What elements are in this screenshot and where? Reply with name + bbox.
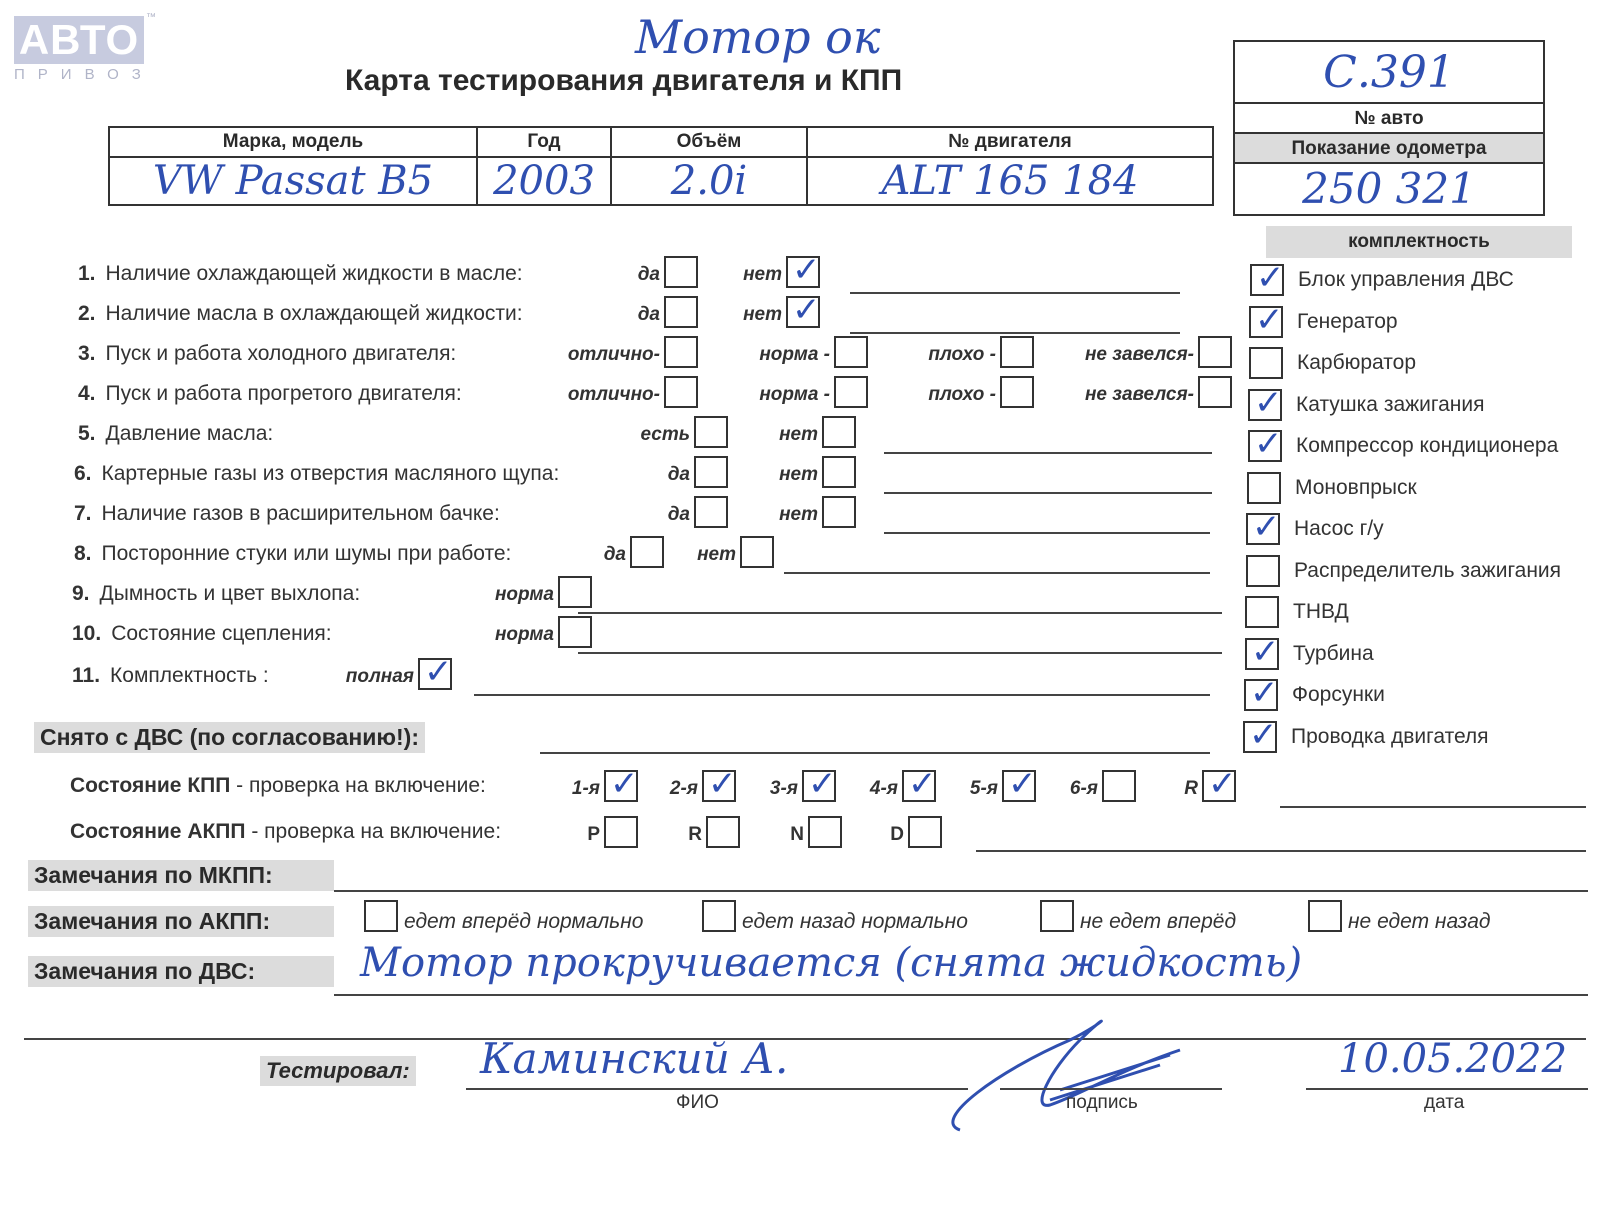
option-label: да	[668, 504, 690, 526]
kit-item-label: Проводка двигателя	[1291, 725, 1489, 749]
row-notes-field[interactable]	[884, 492, 1212, 494]
check-mark-icon: ✓	[1252, 507, 1281, 547]
option-label: нет	[779, 504, 818, 526]
page-title: Карта тестирования двигателя и КПП	[345, 64, 902, 98]
kit-item-label: Моновпрыск	[1295, 476, 1417, 500]
option-label: норма -	[759, 344, 830, 366]
gear-checkbox[interactable]: ✓	[902, 770, 936, 802]
option-label: нет	[697, 544, 736, 566]
option-label: не завелся-	[1085, 384, 1194, 406]
row-text: Посторонние стуки или шумы при работе:	[102, 542, 512, 565]
removed-label: Снято с ДВС (по согласованию!):	[34, 722, 425, 753]
col-make-model: Марка, модель	[109, 127, 477, 157]
row-number: 10.	[72, 622, 101, 645]
check-mark-icon: ✓	[1254, 383, 1283, 423]
akpp-remark-label: едет назад нормально	[742, 910, 968, 934]
akpp-mode-checkbox[interactable]	[808, 816, 842, 848]
tested-by-label: Тестировал:	[260, 1056, 416, 1086]
option-label: да	[604, 544, 626, 566]
option-checkbox[interactable]	[630, 536, 664, 568]
check-row-label: 6.Картерные газы из отверстия масляного …	[74, 462, 559, 486]
car-plate-label: № авто	[1235, 104, 1543, 134]
option-label: плохо -	[928, 344, 996, 366]
akpp-remark-checkbox[interactable]	[702, 900, 736, 932]
option-checkbox[interactable]: ✓	[786, 296, 820, 328]
check-mark-icon: ✓	[1208, 764, 1237, 804]
signature-line	[1000, 1088, 1222, 1090]
row-number: 8.	[74, 542, 92, 565]
kit-item-label: Катушка зажигания	[1296, 393, 1484, 417]
akpp-mode-checkbox[interactable]	[706, 816, 740, 848]
check-row-label: 5.Давление масла:	[78, 422, 273, 446]
option-checkbox[interactable]	[664, 296, 698, 328]
option-checkbox[interactable]	[834, 336, 868, 368]
check-mark-icon: ✓	[908, 764, 937, 804]
kit-item-label: ТНВД	[1293, 600, 1349, 624]
option-checkbox[interactable]	[822, 416, 856, 448]
gear-label: 2-я	[670, 778, 698, 800]
kit-checkbox[interactable]	[1249, 347, 1283, 379]
kit-checkbox[interactable]: ✓	[1248, 389, 1282, 421]
remarks-dvs-label: Замечания по ДВС:	[28, 956, 334, 987]
option-checkbox[interactable]	[664, 336, 698, 368]
engine-number-field[interactable]: ALT 165 184	[807, 157, 1213, 205]
option-label: норма	[495, 584, 554, 606]
check-mark-icon: ✓	[610, 764, 639, 804]
akpp-remark-checkbox[interactable]	[364, 900, 398, 932]
check-mark-icon: ✓	[1008, 764, 1037, 804]
gear-label: 1-я	[572, 778, 600, 800]
kit-checkbox[interactable]	[1246, 555, 1280, 587]
row-notes-field[interactable]	[474, 694, 1210, 696]
akpp-remark-checkbox[interactable]	[1040, 900, 1074, 932]
col-year: Год	[477, 127, 611, 157]
option-label: норма -	[759, 384, 830, 406]
date-line	[1306, 1088, 1588, 1090]
signature-caption: подпись	[1066, 1092, 1138, 1114]
gear-checkbox[interactable]: ✓	[1002, 770, 1036, 802]
check-row-label: 1.Наличие охлаждающей жидкости в масле:	[78, 262, 523, 286]
option-checkbox[interactable]: ✓	[418, 658, 452, 690]
check-row-label: 11.Комплектность :	[72, 664, 269, 688]
check-row-label: 9.Дымность и цвет выхлопа:	[72, 582, 360, 606]
row-text: Наличие газов в расширительном бачке:	[102, 502, 500, 525]
option-label: есть	[640, 424, 690, 446]
kit-checkbox[interactable]: ✓	[1244, 679, 1278, 711]
tester-name[interactable]: Каминский А.	[480, 1034, 788, 1083]
option-checkbox[interactable]	[694, 416, 728, 448]
kit-item-label: Турбина	[1293, 642, 1374, 666]
row-number: 1.	[78, 262, 96, 285]
option-checkbox[interactable]	[822, 496, 856, 528]
option-label: не завелся-	[1085, 344, 1194, 366]
gear-label: 6-я	[1070, 778, 1098, 800]
kpp-label-bold: Состояние КПП	[70, 774, 230, 797]
kit-item-label: Карбюратор	[1297, 351, 1416, 375]
kit-checkbox[interactable]: ✓	[1243, 721, 1277, 753]
kit-item-label: Распределитель зажигания	[1294, 559, 1561, 583]
row-text: Состояние сцепления:	[111, 622, 331, 645]
gear-label: 5-я	[970, 778, 998, 800]
option-label: отлично-	[568, 384, 660, 406]
akpp-remark-checkbox[interactable]	[1308, 900, 1342, 932]
akpp-mode-checkbox[interactable]	[604, 816, 638, 848]
odometer-field[interactable]: 250 321	[1235, 164, 1543, 214]
row-text: Наличие масла в охлаждающей жидкости:	[106, 302, 523, 325]
kit-item-label: Компрессор кондиционера	[1296, 434, 1558, 458]
check-mark-icon: ✓	[1255, 300, 1284, 340]
remarks-akpp-label: Замечания по АКПП:	[28, 906, 334, 937]
option-label: полная	[346, 666, 414, 688]
akpp-remark-label: не едет назад	[1348, 910, 1490, 934]
row-text: Комплектность :	[110, 664, 269, 687]
kpp-label: Состояние КПП - проверка на включение:	[70, 774, 486, 798]
title-handwritten-note: Мотор ок	[635, 10, 880, 64]
check-row-label: 8.Посторонние стуки или шумы при работе:	[74, 542, 511, 566]
kit-checkbox[interactable]: ✓	[1246, 513, 1280, 545]
row-number: 6.	[74, 462, 92, 485]
col-volume: Объём	[611, 127, 807, 157]
kit-title: комплектность	[1266, 226, 1572, 258]
akpp-mode-checkbox[interactable]	[908, 816, 942, 848]
row-number: 5.	[78, 422, 96, 445]
kpp-notes-field[interactable]	[1280, 806, 1586, 808]
row-number: 2.	[78, 302, 96, 325]
name-caption: ФИО	[676, 1092, 719, 1114]
signature[interactable]	[940, 1010, 1230, 1140]
option-label: нет	[779, 464, 818, 486]
check-mark-icon: ✓	[792, 250, 821, 290]
remarks-mkpp-field[interactable]	[334, 890, 1588, 892]
row-text: Дымность и цвет выхлопа:	[100, 582, 361, 605]
option-checkbox[interactable]: ✓	[786, 256, 820, 288]
row-text: Наличие охлаждающей жидкости в масле:	[106, 262, 523, 285]
check-mark-icon: ✓	[1250, 673, 1279, 713]
row-notes-field[interactable]	[884, 532, 1210, 534]
row-notes-field[interactable]	[850, 332, 1180, 334]
kit-checkbox[interactable]	[1245, 596, 1279, 628]
akpp-mode-label: D	[890, 824, 904, 846]
row-number: 3.	[78, 342, 96, 365]
option-checkbox[interactable]	[1198, 336, 1232, 368]
row-text: Давление масла:	[106, 422, 274, 445]
kit-checkbox[interactable]	[1247, 472, 1281, 504]
year-field[interactable]: 2003	[477, 157, 611, 205]
option-label: да	[638, 304, 660, 326]
row-text: Пуск и работа прогретого двигателя:	[106, 382, 462, 405]
akpp-notes-field[interactable]	[976, 850, 1586, 852]
row-text: Картерные газы из отверстия масляного щу…	[102, 462, 560, 485]
option-checkbox[interactable]	[1198, 376, 1232, 408]
gear-checkbox[interactable]: ✓	[1202, 770, 1236, 802]
tester-name-line	[466, 1088, 968, 1090]
check-mark-icon: ✓	[792, 290, 821, 330]
logo-subtitle: ПРИВОЗ	[14, 66, 154, 83]
kit-checkbox[interactable]: ✓	[1248, 430, 1282, 462]
akpp-mode-label: P	[587, 824, 600, 846]
row-notes-field[interactable]	[850, 292, 1180, 294]
check-mark-icon: ✓	[1256, 258, 1285, 298]
option-checkbox[interactable]	[1000, 376, 1034, 408]
odometer-label: Показание одометра	[1235, 134, 1543, 164]
check-mark-icon: ✓	[1251, 632, 1280, 672]
kit-item-label: Генератор	[1297, 310, 1398, 334]
option-checkbox[interactable]	[834, 376, 868, 408]
option-label: норма	[495, 624, 554, 646]
kit-item-label: Блок управления ДВС	[1298, 268, 1514, 292]
check-mark-icon: ✓	[808, 764, 837, 804]
akpp-remark-label: едет вперёд нормально	[404, 910, 643, 934]
removed-field[interactable]	[540, 752, 1210, 754]
akpp-mode-label: N	[790, 824, 804, 846]
logo-trademark: ™	[146, 12, 156, 23]
gear-label: 3-я	[770, 778, 798, 800]
option-label: да	[668, 464, 690, 486]
row-notes-field[interactable]	[784, 572, 1210, 574]
option-checkbox[interactable]	[694, 456, 728, 488]
akpp-label: Состояние АКПП - проверка на включение:	[70, 820, 501, 844]
akpp-label-rest: - проверка на включение:	[246, 820, 502, 843]
row-notes-field[interactable]	[578, 612, 1222, 614]
akpp-label-bold: Состояние АКПП	[70, 820, 246, 843]
gear-checkbox[interactable]: ✓	[702, 770, 736, 802]
check-mark-icon: ✓	[708, 764, 737, 804]
option-checkbox[interactable]	[1000, 336, 1034, 368]
row-notes-field[interactable]	[884, 452, 1212, 454]
option-checkbox[interactable]	[822, 456, 856, 488]
row-text: Пуск и работа холодного двигателя:	[106, 342, 457, 365]
col-engine-number: № двигателя	[807, 127, 1213, 157]
option-label: нет	[743, 304, 782, 326]
option-checkbox[interactable]	[558, 576, 592, 608]
car-plate-field[interactable]: С.391	[1235, 42, 1543, 104]
kit-checkbox[interactable]: ✓	[1249, 306, 1283, 338]
row-number: 7.	[74, 502, 92, 525]
gear-label: 4-я	[870, 778, 898, 800]
option-label: нет	[743, 264, 782, 286]
row-number: 11.	[72, 664, 100, 687]
gear-label: R	[1184, 778, 1198, 800]
check-mark-icon: ✓	[1254, 424, 1283, 464]
kit-checkbox[interactable]: ✓	[1245, 638, 1279, 670]
check-row-label: 3.Пуск и работа холодного двигателя:	[78, 342, 456, 366]
row-notes-field[interactable]	[578, 652, 1222, 654]
check-row-label: 2.Наличие масла в охлаждающей жидкости:	[78, 302, 523, 326]
kit-checkbox[interactable]: ✓	[1250, 264, 1284, 296]
plate-odometer-box: С.391 № авто Показание одометра 250 321	[1233, 40, 1545, 216]
gear-checkbox[interactable]	[1102, 770, 1136, 802]
akpp-remark-label: не едет вперёд	[1080, 910, 1236, 934]
check-row-label: 7.Наличие газов в расширительном бачке:	[74, 502, 500, 526]
make-model-field[interactable]: VW Passat B5	[109, 157, 477, 205]
check-row-label: 10.Состояние сцепления:	[72, 622, 332, 646]
gear-checkbox[interactable]: ✓	[604, 770, 638, 802]
test-date[interactable]: 10.05.2022	[1338, 1036, 1567, 1082]
option-label: нет	[779, 424, 818, 446]
row-number: 9.	[72, 582, 90, 605]
akpp-mode-label: R	[688, 824, 702, 846]
row-number: 4.	[78, 382, 96, 405]
gear-checkbox[interactable]: ✓	[802, 770, 836, 802]
remarks-mkpp-label: Замечания по МКПП:	[28, 860, 334, 891]
option-label: да	[638, 264, 660, 286]
remarks-dvs-value[interactable]: Мотор прокручивается (снята жидкость)	[360, 940, 1302, 986]
volume-field[interactable]: 2.0i	[611, 157, 807, 205]
kpp-label-rest: - проверка на включение:	[230, 774, 486, 797]
vehicle-info-table: Марка, модель Год Объём № двигателя VW P…	[108, 126, 1214, 206]
option-label: отлично-	[568, 344, 660, 366]
check-mark-icon: ✓	[1249, 715, 1278, 755]
option-checkbox[interactable]	[664, 256, 698, 288]
option-label: плохо -	[928, 384, 996, 406]
check-mark-icon: ✓	[424, 652, 453, 692]
kit-item-label: Насос г/у	[1294, 517, 1384, 541]
option-checkbox[interactable]	[740, 536, 774, 568]
check-row-label: 4.Пуск и работа прогретого двигателя:	[78, 382, 462, 406]
remarks-dvs-field	[334, 994, 1588, 996]
date-caption: дата	[1424, 1092, 1464, 1114]
logo: АВТО	[14, 16, 144, 64]
option-checkbox[interactable]	[694, 496, 728, 528]
option-checkbox[interactable]	[558, 616, 592, 648]
option-checkbox[interactable]	[664, 376, 698, 408]
kit-item-label: Форсунки	[1292, 683, 1385, 707]
